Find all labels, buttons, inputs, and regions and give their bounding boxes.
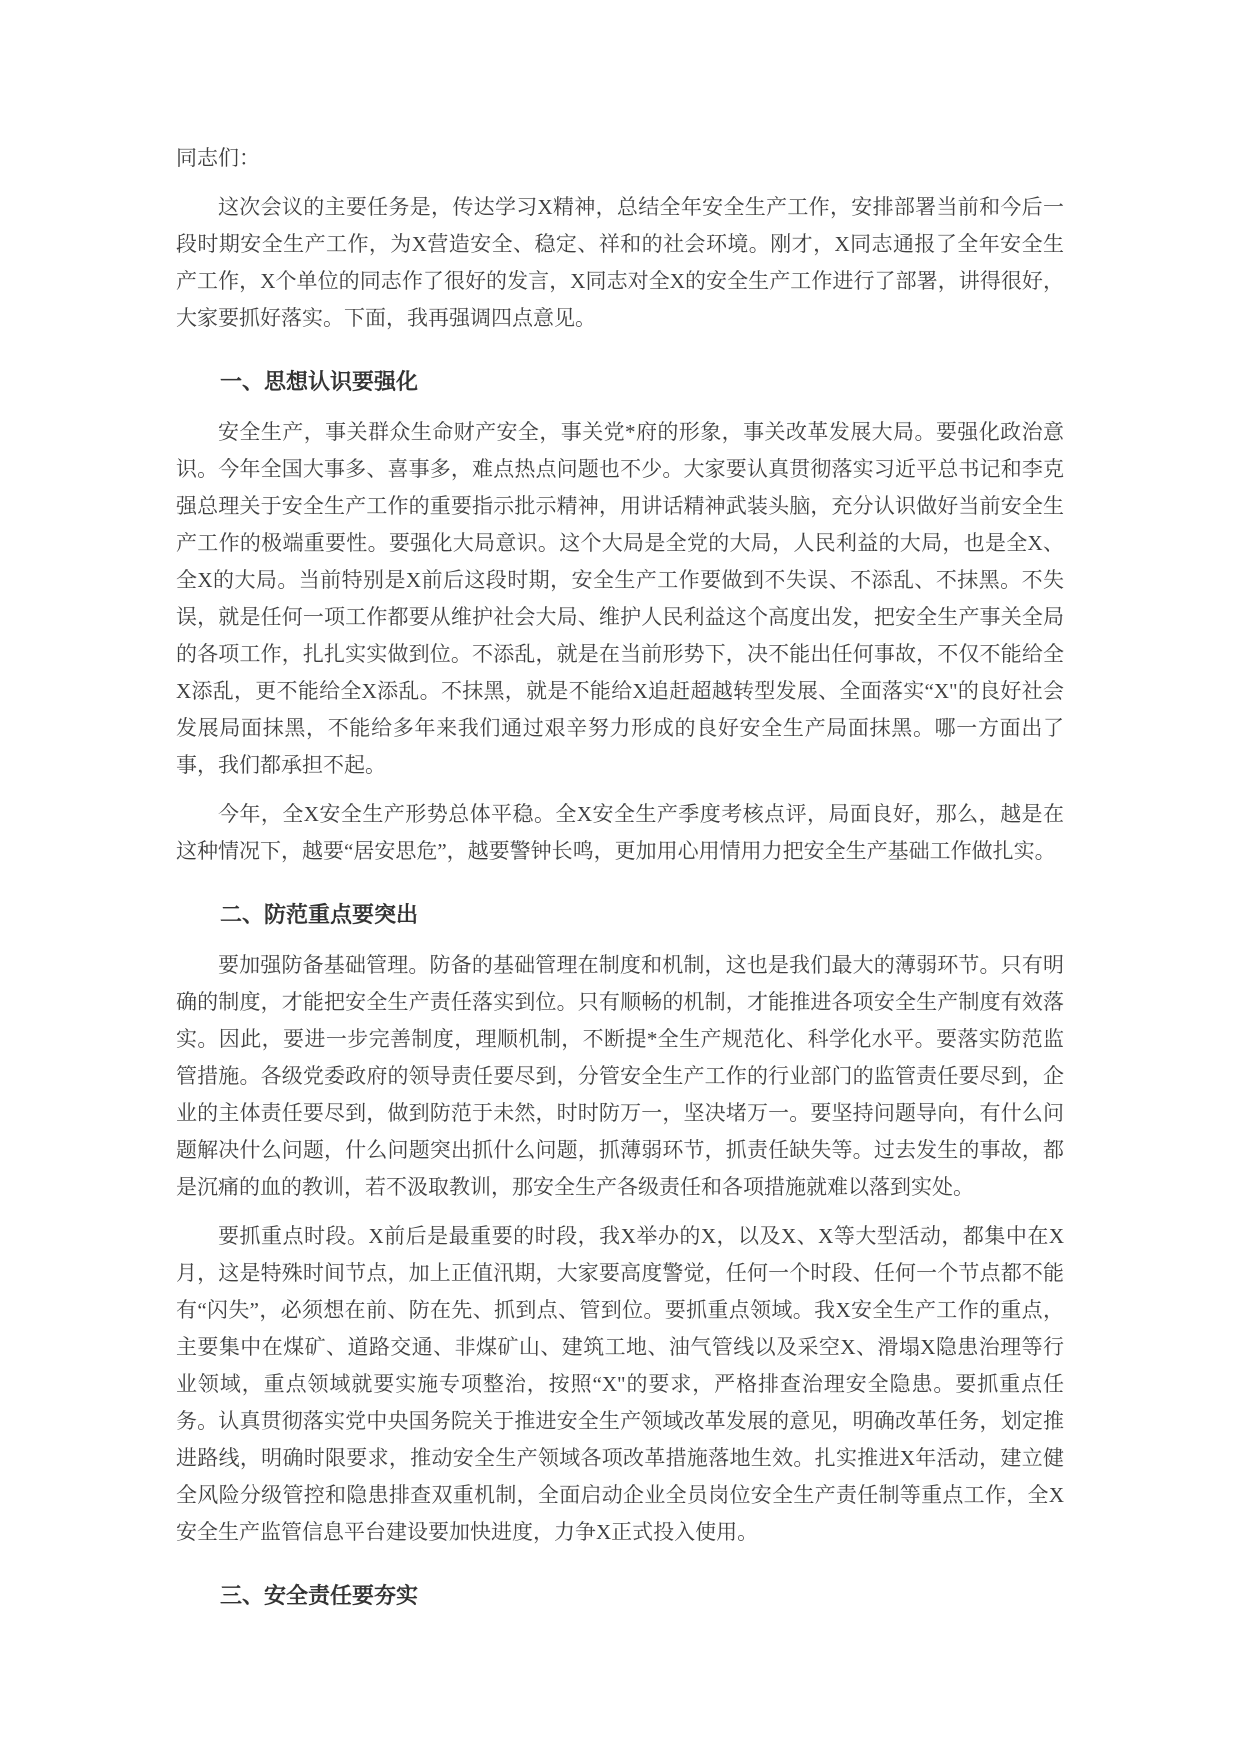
section-heading-3: 三、安全责任要夯实 [176, 1577, 1064, 1614]
section-1-paragraph-1: 安全生产，事关群众生命财产安全，事关党*府的形象，事关改革发展大局。要强化政治意… [176, 414, 1064, 784]
document-page: 同志们： 这次会议的主要任务是，传达学习X精神，总结全年安全生产工作，安排部署当… [0, 0, 1240, 1754]
section-heading-1: 一、思想认识要强化 [176, 363, 1064, 400]
section-heading-2: 二、防范重点要突出 [176, 896, 1064, 933]
intro-paragraph: 这次会议的主要任务是，传达学习X精神，总结全年安全生产工作，安排部署当前和今后一… [176, 189, 1064, 337]
section-2-paragraph-1: 要加强防备基础管理。防备的基础管理在制度和机制，这也是我们最大的薄弱环节。只有明… [176, 947, 1064, 1206]
section-1-paragraph-2: 今年，全X安全生产形势总体平稳。全X安全生产季度考核点评，局面良好，那么，越是在… [176, 796, 1064, 870]
salutation: 同志们： [176, 140, 1064, 177]
section-2-paragraph-2: 要抓重点时段。X前后是最重要的时段，我X举办的X，以及X、X等大型活动，都集中在… [176, 1218, 1064, 1551]
